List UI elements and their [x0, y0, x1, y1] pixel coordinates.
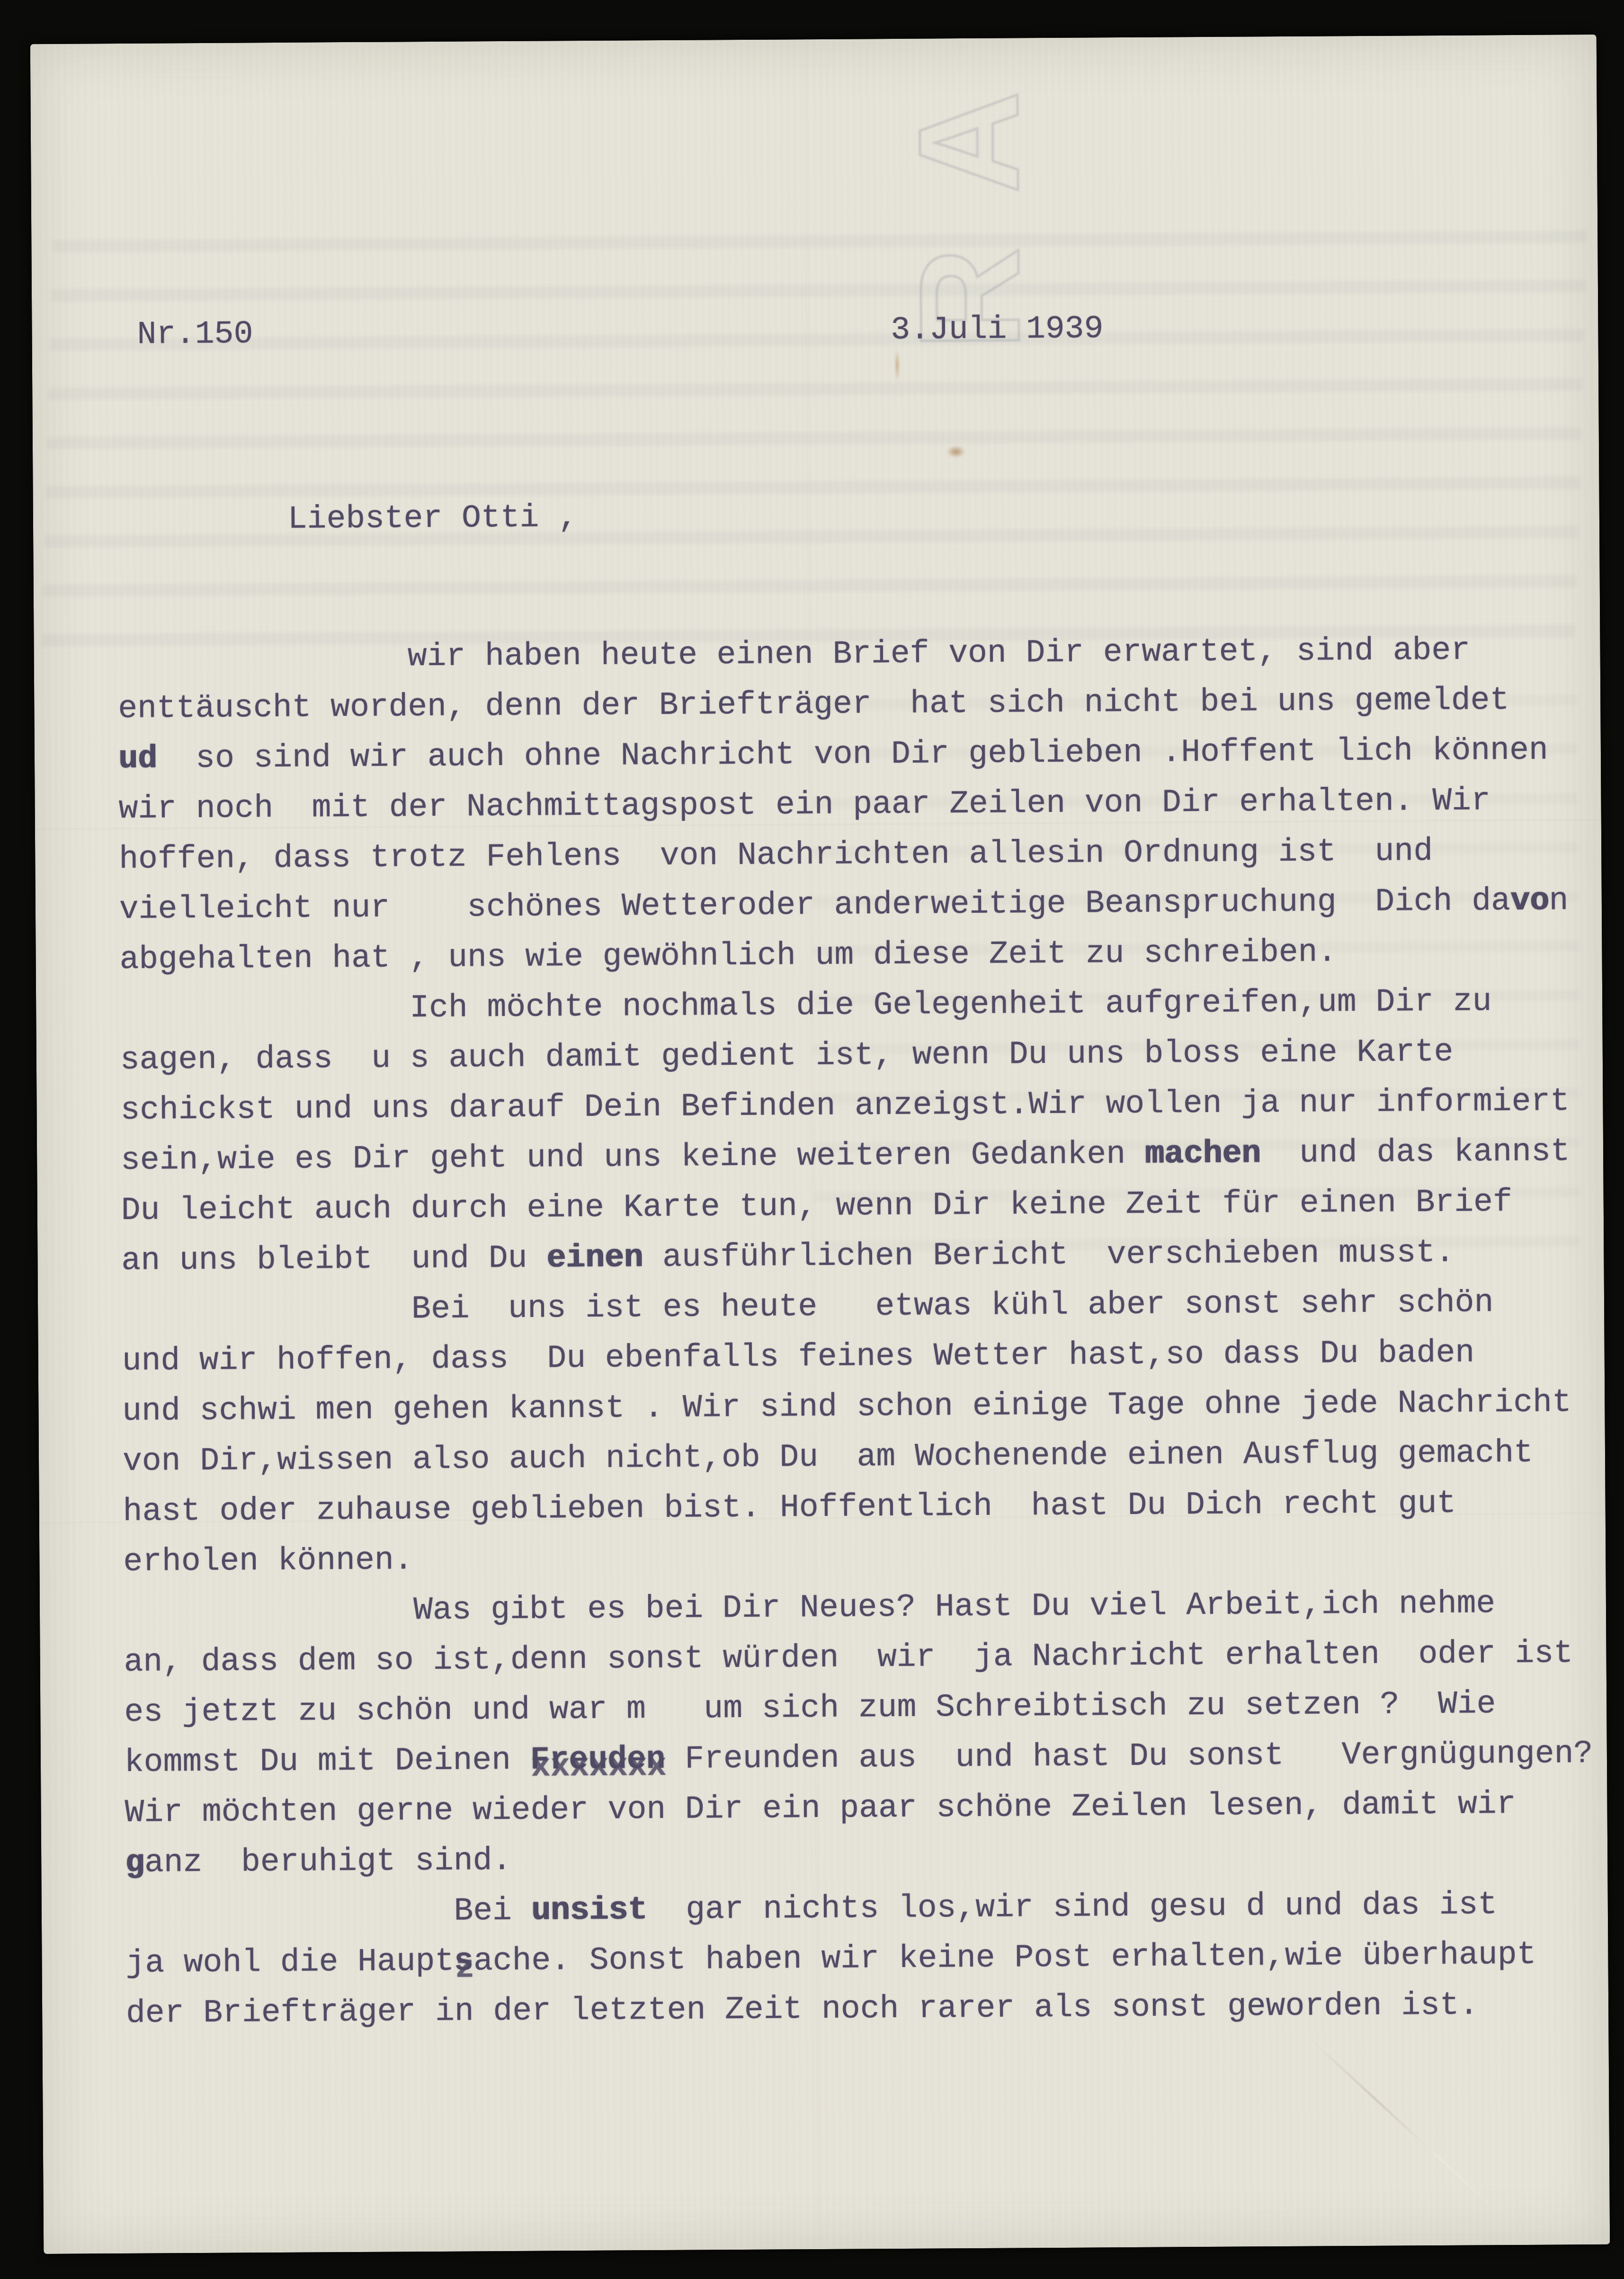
letter-line: Du leicht auch durch eine Karte tun, wen…	[121, 1177, 1599, 1236]
double-struck-word: vo	[1510, 883, 1549, 919]
letter-line: an uns bleibt und Du einen ausführlichen…	[121, 1227, 1599, 1286]
scan-background: { "colors": { "background": "#0b0b09", "…	[0, 0, 1624, 2279]
letter-line: ud so sind wir auch ohne Nachricht von D…	[118, 725, 1596, 784]
letter-line: enttäuscht worden, denn der Briefträger …	[118, 675, 1596, 734]
watermark-letter: A	[890, 91, 1046, 195]
letter-line: und schwi men gehen kannst . Wir sind sc…	[122, 1378, 1600, 1437]
letter-line: kommst Du mit Deinen Freuden Freunden au…	[125, 1729, 1602, 1788]
letter-line: abgehalten hat , uns wie gewöhnlich um d…	[119, 926, 1597, 985]
ink-stain	[946, 445, 965, 458]
letter-line: ganz beruhigt sind.	[125, 1829, 1603, 1888]
letter-line: Bei unsist gar nichts los,wir sind gesu …	[125, 1879, 1603, 1939]
letter-line: der Briefträger in der letzten Zeit noch…	[126, 1980, 1604, 2039]
salutation: Liebster Otti ,	[288, 493, 578, 545]
letter-line: es jetzt zu schön und war m um sich zum …	[124, 1679, 1602, 1738]
double-struck-word: einen	[546, 1239, 643, 1276]
letter-line: und wir hoffen, dass Du ebenfalls feines…	[122, 1327, 1599, 1387]
letter-line: an, dass dem so ist,denn sonst würden wi…	[124, 1629, 1601, 1688]
double-struck-word: machen	[1145, 1135, 1261, 1172]
letter-line: hast oder zuhause geblieben bist. Hoffen…	[123, 1478, 1600, 1537]
letter-line: von Dir,wissen also auch nicht,ob Du am …	[123, 1428, 1600, 1487]
letter-line: Bei uns ist es heute etwas kühl aber son…	[122, 1277, 1599, 1336]
typed-over-word: Freuden	[530, 1741, 666, 1779]
double-struck-word: ud	[118, 741, 157, 777]
letter-line: Was gibt es bei Dir Neues? Hast Du viel …	[124, 1578, 1601, 1638]
letter-page: AR Nr.150 3.Juli 1939 Liebster Otti , wi…	[30, 35, 1610, 2254]
double-struck-word: unsist	[531, 1892, 647, 1929]
letter-line: Wir möchten gerne wieder von Dir ein paa…	[125, 1779, 1602, 1838]
double-struck-word: g	[125, 1845, 144, 1881]
typed-over-word: s	[454, 1943, 473, 1980]
letter-line: hoffen, dass trotz Fehlens von Nachricht…	[119, 826, 1597, 885]
letter-line: schickst und uns darauf Dein Befinden an…	[120, 1077, 1598, 1136]
letter-line: erholen können.	[123, 1528, 1601, 1587]
letter-number: Nr.150	[137, 309, 253, 360]
bleed-through-texture	[40, 214, 1587, 674]
letter-line: wir noch mit der Nachmittagspost ein paa…	[118, 775, 1596, 835]
corner-crease	[1310, 2039, 1507, 2220]
letter-header: Nr.150 3.Juli 1939	[32, 301, 1598, 361]
letter-body: wir haben heute einen Brief von Dir erwa…	[117, 625, 1603, 2039]
letter-line: wir haben heute einen Brief von Dir erwa…	[117, 625, 1595, 684]
letter-date: 3.Juli 1939	[891, 304, 1104, 356]
letter-line: sein,wie es Dir geht und uns keine weite…	[121, 1127, 1598, 1186]
letter-line: Ich möchte nochmals die Gelegenheit aufg…	[120, 976, 1597, 1035]
letter-line: sagen, dass u s auch damit gedient ist, …	[120, 1026, 1598, 1086]
letter-line: vielleicht nur schönes Wetteroder anderw…	[119, 876, 1597, 935]
letter-line: ja wohl die Hauptsache. Sonst haben wir …	[125, 1930, 1603, 1989]
